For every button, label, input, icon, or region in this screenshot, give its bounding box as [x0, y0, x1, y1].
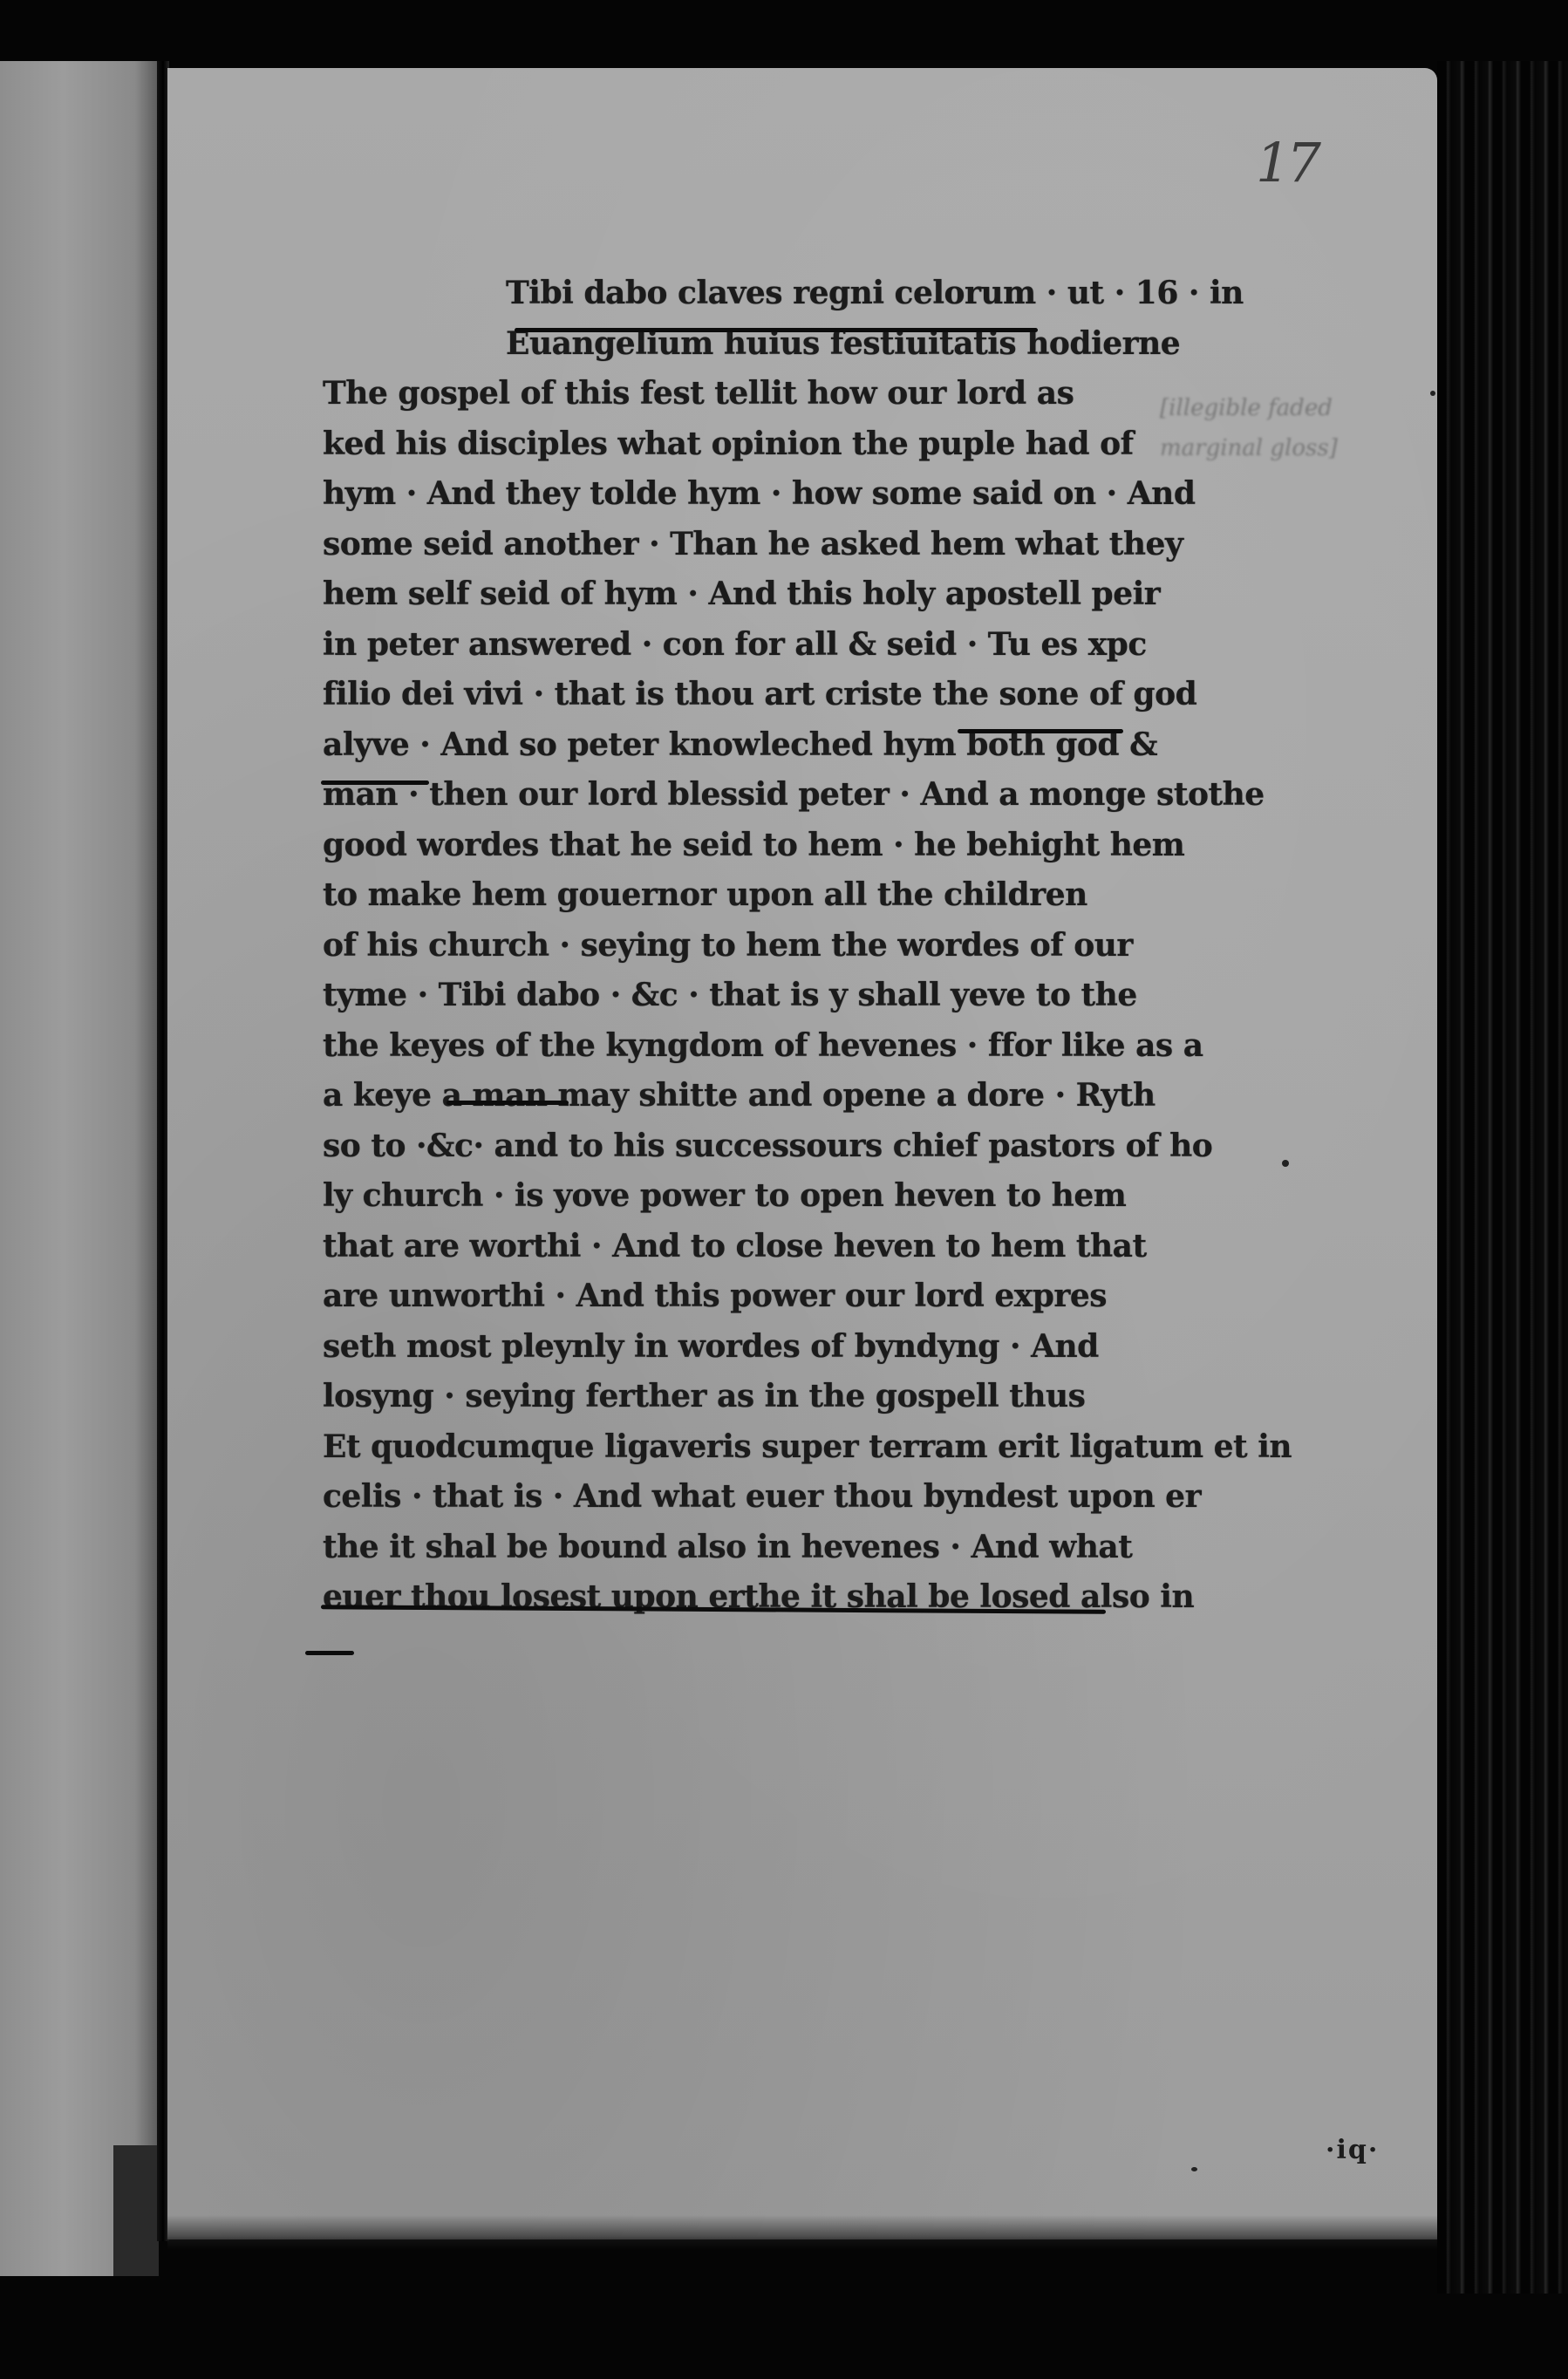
- latin-quote-underline: [958, 729, 1123, 733]
- text-line: losyng · seying ferther as in the gospel…: [323, 1372, 1160, 1422]
- latin-quote-underline: [321, 781, 429, 785]
- facing-verso-page: [0, 61, 159, 2276]
- marginal-gloss: [illegible faded marginal gloss]: [1160, 388, 1421, 468]
- latin-quote-underline: [447, 1101, 569, 1105]
- text-line: hym · And they tolde hym · how some said…: [323, 469, 1160, 520]
- text-line: euer thou losest upon erthe it shal be l…: [323, 1572, 1160, 1623]
- heading-underline: [515, 328, 1038, 332]
- page-bottom-edge: [167, 2215, 1437, 2250]
- heading-line: Euangelium huius festiuitatis hodierne: [323, 319, 1160, 370]
- text-line: the keyes of the kyngdom of hevenes · ff…: [323, 1021, 1160, 1072]
- ink-speck: [1191, 2167, 1197, 2171]
- text-line: filio dei vivi · that is thou art criste…: [323, 670, 1160, 720]
- text-line: are unworthi · And this power our lord e…: [323, 1271, 1160, 1322]
- folio-number: 17: [1256, 131, 1318, 194]
- text-line: Et quodcumque ligaveris super terram eri…: [323, 1422, 1160, 1473]
- text-line: celis · that is · And what euer thou byn…: [323, 1472, 1160, 1523]
- verso-page-corner: [113, 2145, 159, 2276]
- text-line: a keye a man may shitte and opene a dore…: [323, 1071, 1160, 1121]
- heading-line: Tibi dabo claves regni celorum · ut · 16…: [323, 269, 1160, 319]
- text-line: tyme · Tibi dabo · &c · that is y shall …: [323, 971, 1160, 1021]
- text-line: ly church · is yove power to open heven …: [323, 1171, 1160, 1222]
- text-line: the it shal be bound also in hevenes · A…: [323, 1523, 1160, 1573]
- text-line: some seid another · Than he asked hem wh…: [323, 520, 1160, 570]
- fore-edge-binding: [1437, 61, 1568, 2294]
- text-line: that are worthi · And to close heven to …: [323, 1222, 1160, 1272]
- ink-speck: [1430, 391, 1435, 396]
- text-line: The gospel of this fest tellit how our l…: [323, 369, 1160, 419]
- text-line: to make hem gouernor upon all the childr…: [323, 870, 1160, 921]
- text-line: so to ·&c· and to his successours chief …: [323, 1121, 1160, 1172]
- latin-quote-underline: [305, 1651, 354, 1655]
- text-line: good wordes that he seid to hem · he beh…: [323, 821, 1160, 871]
- manuscript-text-block: Tibi dabo claves regni celorum · ut · 16…: [323, 269, 1160, 1623]
- text-line: ked his disciples what opinion the puple…: [323, 419, 1160, 470]
- quire-signature-mark: ·iq·: [1326, 2135, 1379, 2165]
- text-line: seth most pleynly in wordes of byndyng ·…: [323, 1322, 1160, 1373]
- text-line: alyve · And so peter knowleched hym both…: [323, 720, 1160, 771]
- text-line: man · then our lord blessid peter · And …: [323, 770, 1160, 821]
- text-line: of his church · seying to hem the wordes…: [323, 921, 1160, 971]
- ink-speck: [1282, 1160, 1289, 1167]
- text-line: in peter answered · con for all & seid ·…: [323, 620, 1160, 671]
- text-line: hem self seid of hym · And this holy apo…: [323, 569, 1160, 620]
